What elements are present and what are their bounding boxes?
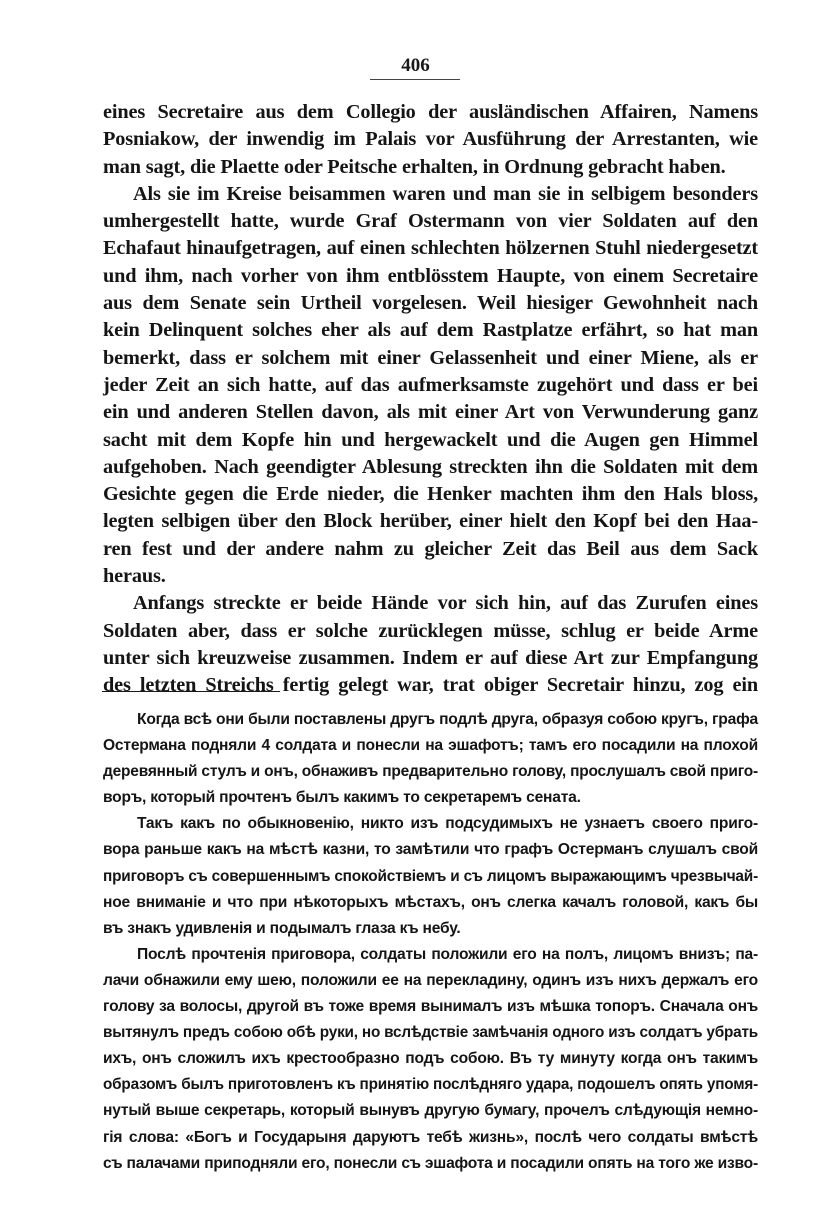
footnote-paragraph-3: Послѣ прочтенія приговора, солдаты полож… xyxy=(103,942,758,1177)
text-line: bemerkt, dass er solchem mit einer Gelas… xyxy=(103,345,758,372)
text-line: des letzten Streichs fertig gelegt war, … xyxy=(103,672,758,699)
text-line: legten selbigen über den Block herüber, … xyxy=(103,508,758,535)
footnote-separator xyxy=(102,691,280,692)
text-line: Anfangs streckte er beide Hände vor sich… xyxy=(103,590,758,617)
text-line: jeder Zeit an sich hatte, auf das aufmer… xyxy=(103,372,758,399)
footnote-line: ихъ, онъ сложилъ ихъ крестообразно подъ … xyxy=(103,1046,758,1072)
text-line: unter sich kreuzweise zusammen. Indem er… xyxy=(103,645,758,672)
main-text-body: eines Secretaire aus dem Collegio der au… xyxy=(103,99,758,700)
text-line: umhergestellt hatte, wurde Graf Osterman… xyxy=(103,208,758,235)
text-line: kein Delinquent solches eher als auf dem… xyxy=(103,317,758,344)
text-line: und ihm, nach vorher von ihm entblösstem… xyxy=(103,263,758,290)
text-line: aus dem Senate sein Urtheil vorgelesen. … xyxy=(103,290,758,317)
footnote-line: съ палачами приподняли его, понесли съ э… xyxy=(103,1151,758,1177)
footnote-line: вора раньше какъ на мѣстѣ казни, то замѣ… xyxy=(103,837,758,863)
page-number: 406 xyxy=(0,55,831,77)
footnote-line: Такъ какъ по обыкновенію, никто изъ подс… xyxy=(103,811,758,837)
footnote-line: голову за волосы, другой въ тоже время в… xyxy=(103,994,758,1020)
paragraph-3: Anfangs streckte er beide Hände vor sich… xyxy=(103,590,758,699)
text-line: aufgehoben. Nach geendigter Ablesung str… xyxy=(103,454,758,481)
text-line: sacht mit dem Kopfe hin und hergewackelt… xyxy=(103,427,758,454)
text-line: ein und anderen Stellen davon, als mit e… xyxy=(103,399,758,426)
page-number-underline xyxy=(370,79,460,80)
paragraph-2: Als sie im Kreise beisammen waren und ma… xyxy=(103,181,758,590)
footnote-line: нутый выше секретарь, который вынувъ дру… xyxy=(103,1098,758,1124)
footnote-line: гія слова: «Богъ и Государыня даруютъ те… xyxy=(103,1125,758,1151)
footnote-line: деревянный стулъ и онъ, обнаживъ предвар… xyxy=(103,759,758,785)
footnote-line: образомъ былъ приготовленъ къ принятію п… xyxy=(103,1072,758,1098)
text-line: Gesichte gegen die Erde nieder, die Henk… xyxy=(103,481,758,508)
text-line: heraus. xyxy=(103,563,758,590)
footnote-paragraph-2: Такъ какъ по обыкновенію, никто изъ подс… xyxy=(103,811,758,941)
footnote-line: воръ, который прочтенъ былъ какимъ то се… xyxy=(103,785,758,811)
footnote-line: приговоръ съ совершеннымъ спокойствіемъ … xyxy=(103,864,758,890)
footnote-russian-translation: Когда всѣ они были поставлены другъ подл… xyxy=(103,707,758,1177)
paragraph-1: eines Secretaire aus dem Collegio der au… xyxy=(103,99,758,181)
text-line: eines Secretaire aus dem Collegio der au… xyxy=(103,99,758,126)
footnote-line: въ знакъ удивленія и подымалъ глаза къ н… xyxy=(103,916,758,942)
footnote-line: Послѣ прочтенія приговора, солдаты полож… xyxy=(103,942,758,968)
footnote-paragraph-1: Когда всѣ они были поставлены другъ подл… xyxy=(103,707,758,811)
text-line: Posniakow, der inwendig im Palais vor Au… xyxy=(103,126,758,153)
text-line: man sagt, die Plaette oder Peitsche erha… xyxy=(103,154,758,181)
footnote-line: Остермана подняли 4 солдата и понесли на… xyxy=(103,733,758,759)
footnote-line: Когда всѣ они были поставлены другъ подл… xyxy=(103,707,758,733)
footnote-line: вытянулъ предъ собою обѣ руки, но вслѣдс… xyxy=(103,1020,758,1046)
footnote-line: ное вниманіе и что при нѣкоторыхъ мѣстах… xyxy=(103,890,758,916)
text-line: Als sie im Kreise beisammen waren und ma… xyxy=(103,181,758,208)
text-line: ren fest und der andere nahm zu gleicher… xyxy=(103,536,758,563)
scanned-book-page: { "page": { "number": "406", "main_text"… xyxy=(0,0,831,1217)
text-line: Echafaut hinaufgetragen, auf einen schle… xyxy=(103,235,758,262)
footnote-line: лачи обнажили ему шею, положили ее на пе… xyxy=(103,968,758,994)
text-line: Soldaten aber, dass er solche zurücklege… xyxy=(103,618,758,645)
